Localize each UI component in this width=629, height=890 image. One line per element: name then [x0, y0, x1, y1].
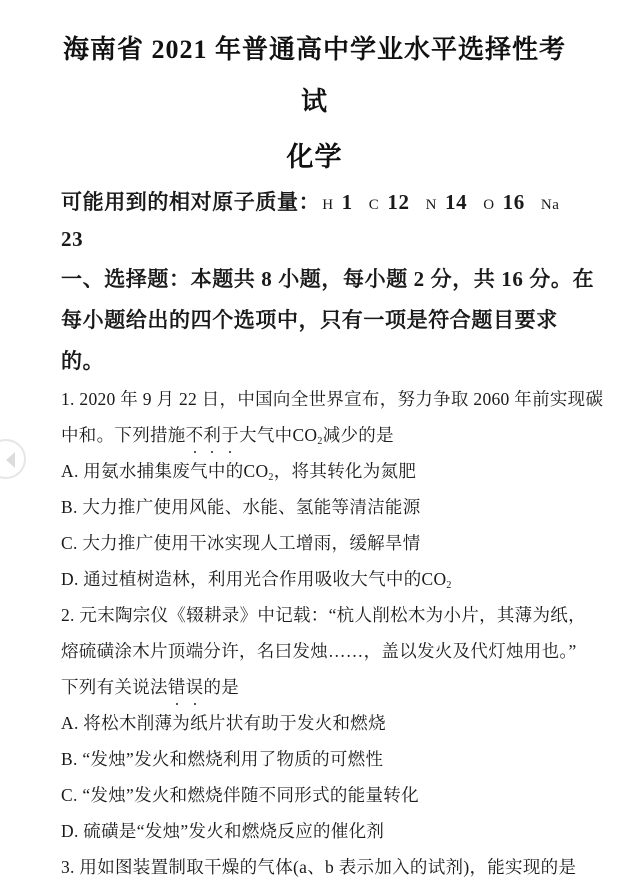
chevron-left-icon: [6, 452, 15, 468]
question-1-option-d: D. 通过植树造林，利用光合作用吸收大气中的CO2: [61, 566, 452, 591]
question-number: 2.: [61, 605, 75, 625]
atomic-mass-line-wrap: 23: [61, 227, 89, 252]
question-1-option-c: C. 大力推广使用干冰实现人工增雨，缓解旱情: [61, 530, 421, 555]
option-label: B.: [61, 497, 78, 517]
exam-page: 海南省 2021 年普通高中学业水平选择性考 试 化学 可能用到的相对原子质量：…: [0, 0, 629, 890]
option-text: 大力推广使用干冰实现人工增雨，缓解旱情: [78, 533, 421, 553]
previous-page-button[interactable]: [0, 439, 26, 479]
emphasis-char: 于: [221, 422, 239, 447]
element-mass: 12: [387, 190, 409, 214]
emphasis-char: 错: [168, 674, 186, 699]
question-1-stem-line2: 中和。下列措施不利于大气中CO2减少的是: [61, 422, 394, 447]
option-label: B.: [61, 749, 78, 769]
option-label: A.: [61, 461, 79, 481]
element-mass: 14: [445, 190, 467, 214]
question-1-stem-line1: 1. 2020 年 9 月 22 日，中国向全世界宣布，努力争取 2060 年前…: [61, 386, 603, 411]
chemical-formula: CO: [422, 569, 447, 589]
question-2-option-c: C. “发烛”发火和燃烧伴随不同形式的能量转化: [61, 782, 419, 807]
emphasis-char: 不: [186, 422, 204, 447]
chemical-formula: CO: [292, 425, 317, 445]
subject-title: 化学: [0, 135, 629, 174]
question-number: 3.: [61, 857, 75, 877]
question-2-option-d: D. 硫磺是“发烛”发火和燃烧反应的催化剂: [61, 818, 384, 843]
chemical-formula: CO: [244, 461, 269, 481]
question-2-stem-line1: 2. 元末陶宗仪《辍耕录》中记载：“杭人削松木为小片，其薄为纸，: [61, 602, 586, 627]
option-text: ，将其转化为氮肥: [274, 461, 416, 481]
question-stem: 2020 年 9 月 22 日，中国向全世界宣布，努力争取 2060 年前实现碳: [75, 389, 604, 409]
question-2-stem-line3: 下列有关说法错误的是: [61, 674, 239, 699]
option-label: A.: [61, 713, 79, 733]
question-stem: 元末陶宗仪《辍耕录》中记载：“杭人削松木为小片，其薄为纸，: [75, 605, 586, 625]
atomic-mass-label: 可能用到的相对原子质量：: [61, 190, 320, 214]
option-label: C.: [61, 785, 78, 805]
question-1-option-a: A. 用氨水捕集废气中的CO2，将其转化为氮肥: [61, 458, 416, 483]
section-instructions-line1: 一、选择题：本题共 8 小题，每小题 2 分，共 16 分。在: [61, 263, 594, 293]
option-text: 通过植树造林，利用光合作用吸收大气中的: [79, 569, 422, 589]
question-1-option-b: B. 大力推广使用风能、水能、氢能等清洁能源: [61, 494, 421, 519]
element-symbol: O: [483, 197, 494, 213]
option-text: 将松木削薄为纸片状有助于发火和燃烧: [79, 713, 386, 733]
atomic-mass-line: 可能用到的相对原子质量：H1C12N14O16Na: [61, 186, 568, 216]
question-2-option-b: B. “发烛”发火和燃烧利用了物质的可燃性: [61, 746, 383, 771]
option-label: C.: [61, 533, 78, 553]
question-stem: 下列有关说法: [61, 677, 168, 697]
option-label: D.: [61, 821, 79, 841]
element-mass: 16: [503, 190, 525, 214]
element-mass: 23: [61, 227, 83, 251]
exam-title-line2: 试: [0, 81, 629, 118]
section-instructions-line3: 的。: [61, 345, 104, 375]
emphasis-char: 利: [203, 422, 221, 447]
formula-subscript: 2: [446, 580, 451, 591]
element-symbol: H: [322, 197, 333, 213]
question-stem: 中和。下列措施: [61, 425, 186, 445]
exam-title-line1: 海南省 2021 年普通高中学业水平选择性考: [0, 29, 629, 66]
question-stem: 减少的是: [323, 425, 394, 445]
section-instructions-line2: 每小题给出的四个选项中，只有一项是符合题目要求: [61, 304, 558, 334]
option-text: “发烛”发火和燃烧利用了物质的可燃性: [78, 749, 384, 769]
element-mass: 1: [342, 190, 353, 214]
question-stem: 大气中: [239, 425, 292, 445]
question-stem: 的是: [203, 677, 239, 697]
element-symbol: N: [426, 197, 437, 213]
option-text: 大力推广使用风能、水能、氢能等清洁能源: [78, 497, 421, 517]
question-number: 1.: [61, 389, 75, 409]
emphasis-char: 误: [186, 674, 204, 699]
option-text: 用氨水捕集废气中的: [79, 461, 244, 481]
element-symbol: C: [369, 197, 380, 213]
option-label: D.: [61, 569, 79, 589]
question-2-stem-line2: 熔硫磺涂木片顶端分许，名曰发烛……，盖以发火及代灯烛用也。”: [61, 638, 577, 663]
question-stem: 用如图装置制取干燥的气体(a、b 表示加入的试剂)，能实现的是: [75, 857, 577, 877]
option-text: “发烛”发火和燃烧伴随不同形式的能量转化: [78, 785, 419, 805]
element-symbol: Na: [541, 197, 560, 213]
option-text: 硫磺是“发烛”发火和燃烧反应的催化剂: [79, 821, 385, 841]
question-2-option-a: A. 将松木削薄为纸片状有助于发火和燃烧: [61, 710, 386, 735]
question-3-stem-line1: 3. 用如图装置制取干燥的气体(a、b 表示加入的试剂)，能实现的是: [61, 854, 576, 879]
